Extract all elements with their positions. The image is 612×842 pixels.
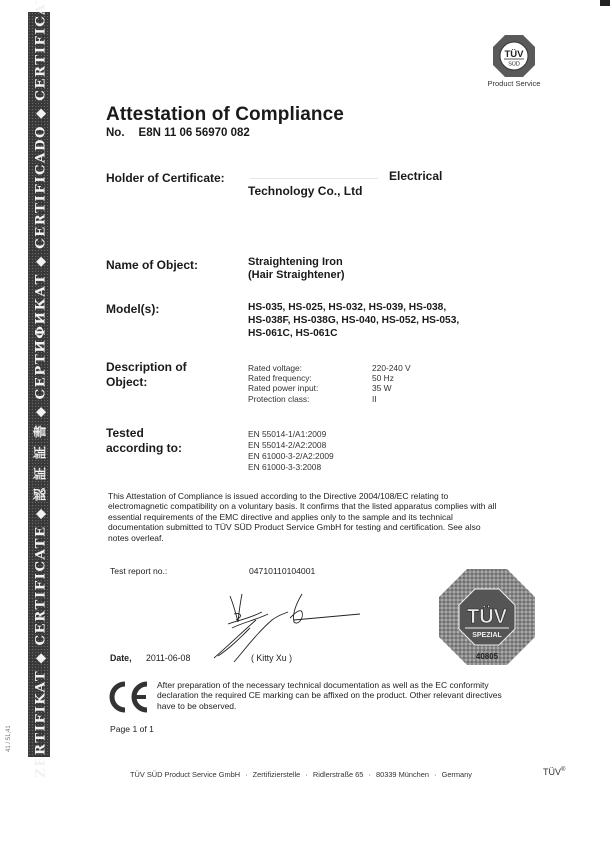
logo-caption: Product Service bbox=[483, 79, 545, 88]
ce-mark-icon bbox=[106, 681, 150, 713]
footer-brand: TÜV® bbox=[543, 767, 565, 777]
signer-name: ( Kitty Xu ) bbox=[251, 653, 292, 663]
date-value: 2011-06-08 bbox=[146, 653, 190, 663]
object-line-2: (Hair Straightener) bbox=[248, 269, 345, 282]
compliance-statement: This Attestation of Compliance is issued… bbox=[108, 491, 503, 543]
description-row: Rated frequency:50 Hz bbox=[248, 373, 411, 383]
certificate-number-value: E8N 11 06 56970 082 bbox=[139, 127, 250, 139]
page-number: Page 1 of 1 bbox=[110, 724, 154, 734]
standards-list: EN 55014-1/A1:2009 EN 55014-2/A2:2008 EN… bbox=[248, 429, 334, 473]
description-row: Rated power input:35 W bbox=[248, 383, 411, 393]
object-label: Name of Object: bbox=[106, 257, 198, 273]
signature-image bbox=[210, 592, 370, 662]
svg-text:TÜV: TÜV bbox=[505, 49, 525, 60]
scan-edge-mark bbox=[600, 0, 610, 6]
standard-item: EN 55014-1/A1:2009 bbox=[248, 429, 334, 440]
standard-item: EN 61000-3-3:2008 bbox=[248, 462, 334, 473]
tuv-sud-logo: TÜV SÜD Product Service bbox=[483, 34, 545, 88]
models-line-1: HS-035, HS-025, HS-032, HS-039, HS-038, bbox=[248, 301, 446, 314]
models-label: Model(s): bbox=[106, 301, 159, 317]
tested-label-1: Tested bbox=[106, 425, 144, 441]
report-number: 04710110104001 bbox=[249, 566, 315, 576]
certificate-number: No.E8N 11 06 56970 082 bbox=[106, 127, 250, 139]
standard-item: EN 61000-3-2/A2:2009 bbox=[248, 451, 334, 462]
description-label-2: Object: bbox=[106, 374, 147, 390]
holder-label: Holder of Certificate: bbox=[106, 170, 225, 186]
document-title: Attestation of Compliance bbox=[106, 104, 344, 126]
redacted-holder-name bbox=[250, 176, 378, 179]
svg-text:TÜV: TÜV bbox=[467, 605, 508, 628]
side-code: 41 / 51,41 bbox=[6, 725, 12, 752]
models-line-2: HS-038F, HS-038G, HS-040, HS-052, HS-053… bbox=[248, 314, 459, 327]
tuv-stamp-icon: TÜV SPEZIAL 40805 bbox=[437, 567, 537, 667]
strip-text: ZERTIFIKAT ◆ CERTIFICATE ◆ 認 証 証 書 ◆ СЕР… bbox=[30, 0, 49, 777]
certificate-number-label: No. bbox=[106, 127, 125, 139]
ce-marking-note: After preparation of the necessary techn… bbox=[157, 680, 507, 711]
date-label: Date, bbox=[110, 653, 132, 663]
standard-item: EN 55014-2/A2:2008 bbox=[248, 440, 334, 451]
object-line-1: Straightening Iron bbox=[248, 256, 343, 269]
svg-text:SÜD: SÜD bbox=[508, 61, 520, 68]
svg-text:40805: 40805 bbox=[476, 652, 499, 661]
description-row: Rated voltage:220-240 V bbox=[248, 363, 411, 373]
svg-text:SPEZIAL: SPEZIAL bbox=[472, 632, 502, 639]
models-line-3: HS-061C, HS-061C bbox=[248, 327, 337, 340]
report-label: Test report no.: bbox=[110, 566, 167, 576]
footer-address: TÜV SÜD Product Service GmbHZertifiziers… bbox=[130, 770, 472, 779]
description-label-1: Description of bbox=[106, 359, 187, 375]
certificate-side-strip: ZERTIFIKAT ◆ CERTIFICATE ◆ 認 証 証 書 ◆ СЕР… bbox=[28, 12, 50, 757]
description-table: Rated voltage:220-240 V Rated frequency:… bbox=[248, 363, 411, 404]
tested-label-2: according to: bbox=[106, 440, 182, 456]
tuv-octagon-icon: TÜV SÜD bbox=[492, 34, 536, 78]
holder-line-2: Technology Co., Ltd bbox=[248, 185, 362, 198]
holder-line-1: Electrical bbox=[389, 170, 442, 183]
description-row: Protection class:II bbox=[248, 394, 411, 404]
